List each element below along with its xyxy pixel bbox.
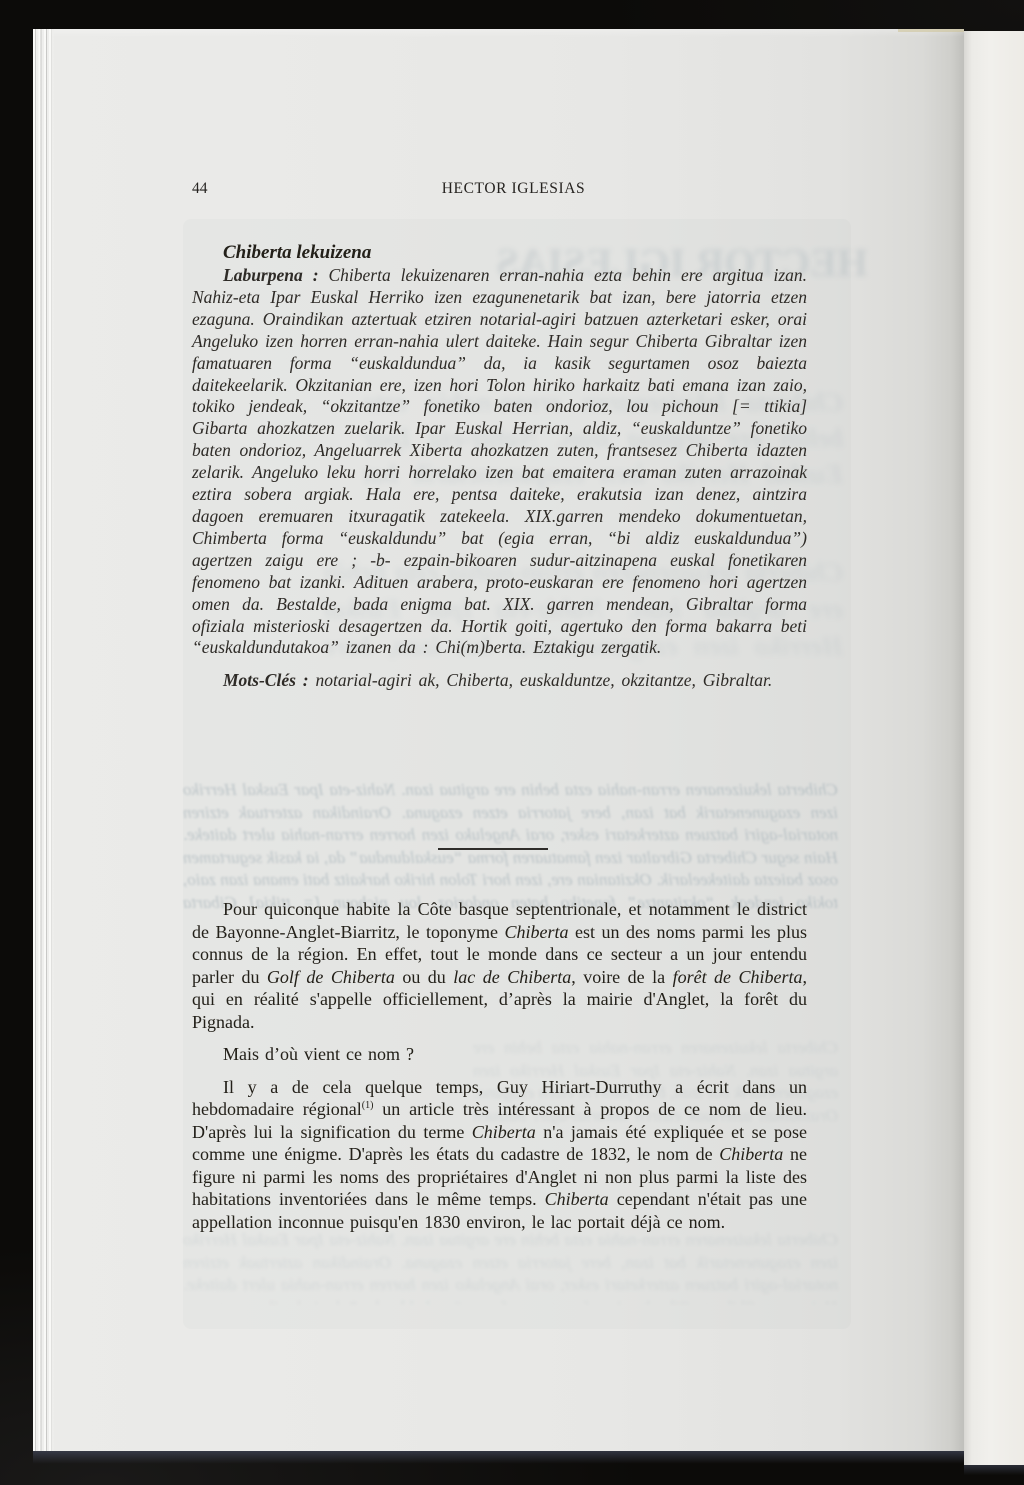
facing-page-bottom-shadow <box>964 1465 1024 1477</box>
abstract-section: Laburpena : Chiberta lekuizenaren erran-… <box>192 265 807 692</box>
body-section: Pour quiconque habite la Côte basque sep… <box>192 898 807 1233</box>
page-bottom-shadow <box>33 1451 964 1466</box>
book-page: HECTOR IGLESIAS Chiberta lekuizenaren er… <box>33 29 964 1451</box>
body-paragraph-1: Pour quiconque habite la Côte basque sep… <box>192 898 807 1033</box>
abstract-label: Laburpena : <box>223 265 319 285</box>
keywords-label: Mots-Clés : <box>223 670 309 690</box>
scanned-book-photo: HECTOR IGLESIAS Chiberta lekuizenaren er… <box>0 0 1024 1485</box>
article-title: Chiberta lekuizena <box>192 242 807 264</box>
page-header: 44 HECTOR IGLESIAS <box>192 180 807 200</box>
keywords-paragraph: Mots-Clés : notarial-agiri ak, Chiberta,… <box>192 670 807 692</box>
abstract-paragraph: Laburpena : Chiberta lekuizenaren erran-… <box>192 265 807 659</box>
body-paragraph-2: Il y a de cela quelque temps, Guy Hiriar… <box>192 1076 807 1234</box>
abstract-text: Chiberta lekuizenaren erran-nahia ezta b… <box>192 265 807 657</box>
gutter-top-tint <box>898 29 964 32</box>
facing-page-edge <box>964 31 1024 1465</box>
question-paragraph: Mais d’où vient ce nom ? <box>192 1043 807 1066</box>
section-divider-rule <box>438 848 548 850</box>
keywords-text: notarial-agiri ak, Chiberta, euskalduntz… <box>309 670 773 690</box>
running-head: HECTOR IGLESIAS <box>192 180 807 198</box>
page-stack-edges <box>33 29 54 1451</box>
